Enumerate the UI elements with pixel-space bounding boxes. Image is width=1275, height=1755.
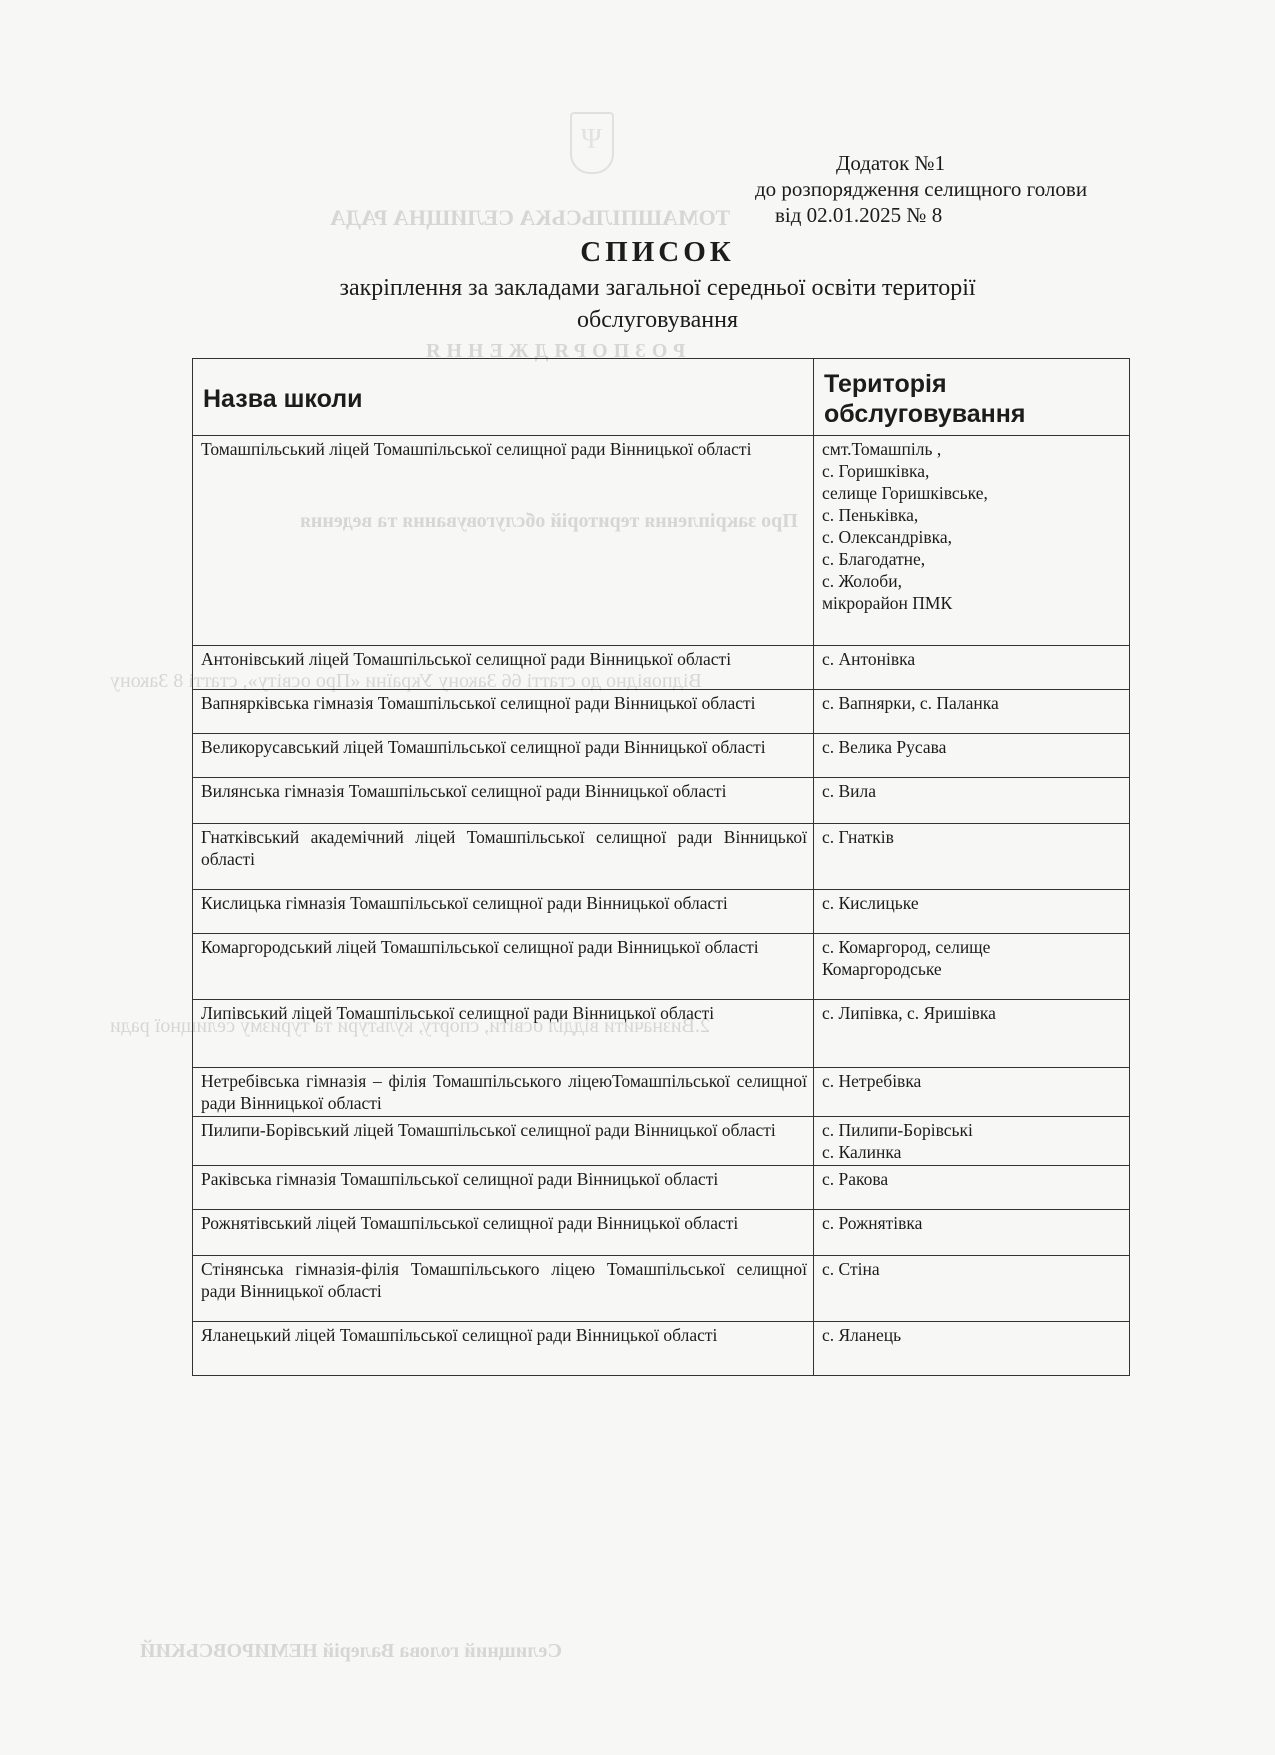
territory-cell: с. Гнатків (813, 824, 1129, 890)
territory-item: с. Нетребівка (822, 1070, 1123, 1092)
schools-table: Назва школи Територія обслуговування Том… (192, 358, 1130, 1376)
annex-number: Додаток №1 (755, 150, 1175, 176)
annex-date: від 02.01.2025 № 8 (755, 202, 1175, 228)
table-body: Томашпільський ліцей Томашпільської сели… (193, 436, 1130, 1376)
territory-cell: с. Кислицьке (813, 890, 1129, 934)
bleed-through-text: ТОМАШПІЛЬСЬКА СЕЛИЩНА РАДА (330, 205, 730, 231)
territory-item: с. Вила (822, 780, 1123, 802)
school-name-cell: Томашпільський ліцей Томашпільської сели… (193, 436, 814, 646)
school-name-cell: Рожнятівський ліцей Томашпільської селищ… (193, 1210, 814, 1256)
territory-item: с. Пилипи-Борівські (822, 1119, 1123, 1141)
school-name-cell: Яланецький ліцей Томашпільської селищної… (193, 1322, 814, 1376)
header-territory: Територія обслуговування (813, 359, 1129, 436)
table-row: Вапнярківська гімназія Томашпільської се… (193, 690, 1130, 734)
table-row: Кислицька гімназія Томашпільської селищн… (193, 890, 1130, 934)
territory-item: с. Велика Русава (822, 736, 1123, 758)
table-row: Вилянська гімназія Томашпільської селищн… (193, 778, 1130, 824)
territory-item: смт.Томашпіль , (822, 438, 1123, 460)
table-header-row: Назва школи Територія обслуговування (193, 359, 1130, 436)
table-row: Великорусавський ліцей Томашпільської се… (193, 734, 1130, 778)
table-row: Рожнятівський ліцей Томашпільської селищ… (193, 1210, 1130, 1256)
territory-cell: с. Антонівка (813, 646, 1129, 690)
table-row: Антонівський ліцей Томашпільської селищн… (193, 646, 1130, 690)
territory-item: с. Пеньківка, (822, 504, 1123, 526)
school-name-cell: Вилянська гімназія Томашпільської селищн… (193, 778, 814, 824)
table-row: Стінянська гімназія-філія Томашпільськог… (193, 1256, 1130, 1322)
school-name-cell: Вапнярківська гімназія Томашпільської се… (193, 690, 814, 734)
territory-item: с. Антонівка (822, 648, 1123, 670)
school-name-cell: Нетребівська гімназія – філія Томашпільс… (193, 1068, 814, 1117)
territory-cell: с. Велика Русава (813, 734, 1129, 778)
territory-cell: смт.Томашпіль ,с. Горишківка,селище Гори… (813, 436, 1129, 646)
title-subtitle: закріплення за закладами загальної серед… (0, 272, 1275, 336)
territory-item: Комаргородське (822, 958, 1123, 980)
school-name-cell: Пилипи-Борівський ліцей Томашпільської с… (193, 1117, 814, 1166)
territory-item: с. Липівка, с. Яришівка (822, 1002, 1123, 1024)
territory-item: с. Рожнятівка (822, 1212, 1123, 1234)
territory-cell: с. Вила (813, 778, 1129, 824)
territory-item: с. Калинка (822, 1141, 1123, 1163)
territory-cell: с. Пилипи-Борівськіс. Калинка (813, 1117, 1129, 1166)
territory-item: с. Горишківка, (822, 460, 1123, 482)
table-row: Яланецький ліцей Томашпільської селищної… (193, 1322, 1130, 1376)
table-row: Пилипи-Борівський ліцей Томашпільської с… (193, 1117, 1130, 1166)
territory-cell: с. Яланець (813, 1322, 1129, 1376)
title-heading: СПИСОК (0, 236, 1275, 269)
document-page: ТОМАШПІЛЬСЬКА СЕЛИЩНА РАДА РОЗПОРЯДЖЕННЯ… (0, 0, 1275, 1755)
header-school-name: Назва школи (193, 359, 814, 436)
table-row: Липівський ліцей Томашпільської селищної… (193, 1000, 1130, 1068)
territory-item: с. Вапнярки, с. Паланка (822, 692, 1123, 714)
school-name-cell: Антонівський ліцей Томашпільської селищн… (193, 646, 814, 690)
territory-item: с. Гнатків (822, 826, 1123, 848)
school-name-cell: Комаргородський ліцей Томашпільської сел… (193, 934, 814, 1000)
territory-item: с. Комаргород, селище (822, 936, 1123, 958)
coat-of-arms-icon (570, 112, 614, 174)
table-row: Томашпільський ліцей Томашпільської сели… (193, 436, 1130, 646)
school-name-cell: Кислицька гімназія Томашпільської селищн… (193, 890, 814, 934)
territory-item: селище Горишківське, (822, 482, 1123, 504)
table-row: Комаргородський ліцей Томашпільської сел… (193, 934, 1130, 1000)
school-name-cell: Липівський ліцей Томашпільської селищної… (193, 1000, 814, 1068)
territory-item: с. Жолоби, (822, 570, 1123, 592)
annex-order: до розпорядження селищного голови (755, 176, 1175, 202)
territory-item: с. Яланець (822, 1324, 1123, 1346)
school-name-cell: Стінянська гімназія-філія Томашпільськог… (193, 1256, 814, 1322)
territory-cell: с. Стіна (813, 1256, 1129, 1322)
territory-cell: с. Ракова (813, 1166, 1129, 1210)
territory-item: мікрорайон ПМК (822, 592, 1123, 614)
territory-cell: с. Комаргород, селищеКомаргородське (813, 934, 1129, 1000)
territory-cell: с. Липівка, с. Яришівка (813, 1000, 1129, 1068)
territory-item: с. Ракова (822, 1168, 1123, 1190)
territory-item: с. Стіна (822, 1258, 1123, 1280)
territory-cell: с. Рожнятівка (813, 1210, 1129, 1256)
territory-item: с. Благодатне, (822, 548, 1123, 570)
school-name-cell: Раківська гімназія Томашпільської селищн… (193, 1166, 814, 1210)
bleed-through-text: Селищний голова Валерій НЕМИРОВСЬКИЙ (140, 1640, 562, 1663)
table-row: Гнатківський академічний ліцей Томашпіль… (193, 824, 1130, 890)
territory-item: с. Кислицьке (822, 892, 1123, 914)
table-row: Нетребівська гімназія – філія Томашпільс… (193, 1068, 1130, 1117)
territory-item: с. Олександрівка, (822, 526, 1123, 548)
annex-reference: Додаток №1 до розпорядження селищного го… (755, 150, 1175, 228)
territory-cell: с. Нетребівка (813, 1068, 1129, 1117)
school-name-cell: Гнатківський академічний ліцей Томашпіль… (193, 824, 814, 890)
territory-cell: с. Вапнярки, с. Паланка (813, 690, 1129, 734)
school-name-cell: Великорусавський ліцей Томашпільської се… (193, 734, 814, 778)
table-row: Раківська гімназія Томашпільської селищн… (193, 1166, 1130, 1210)
